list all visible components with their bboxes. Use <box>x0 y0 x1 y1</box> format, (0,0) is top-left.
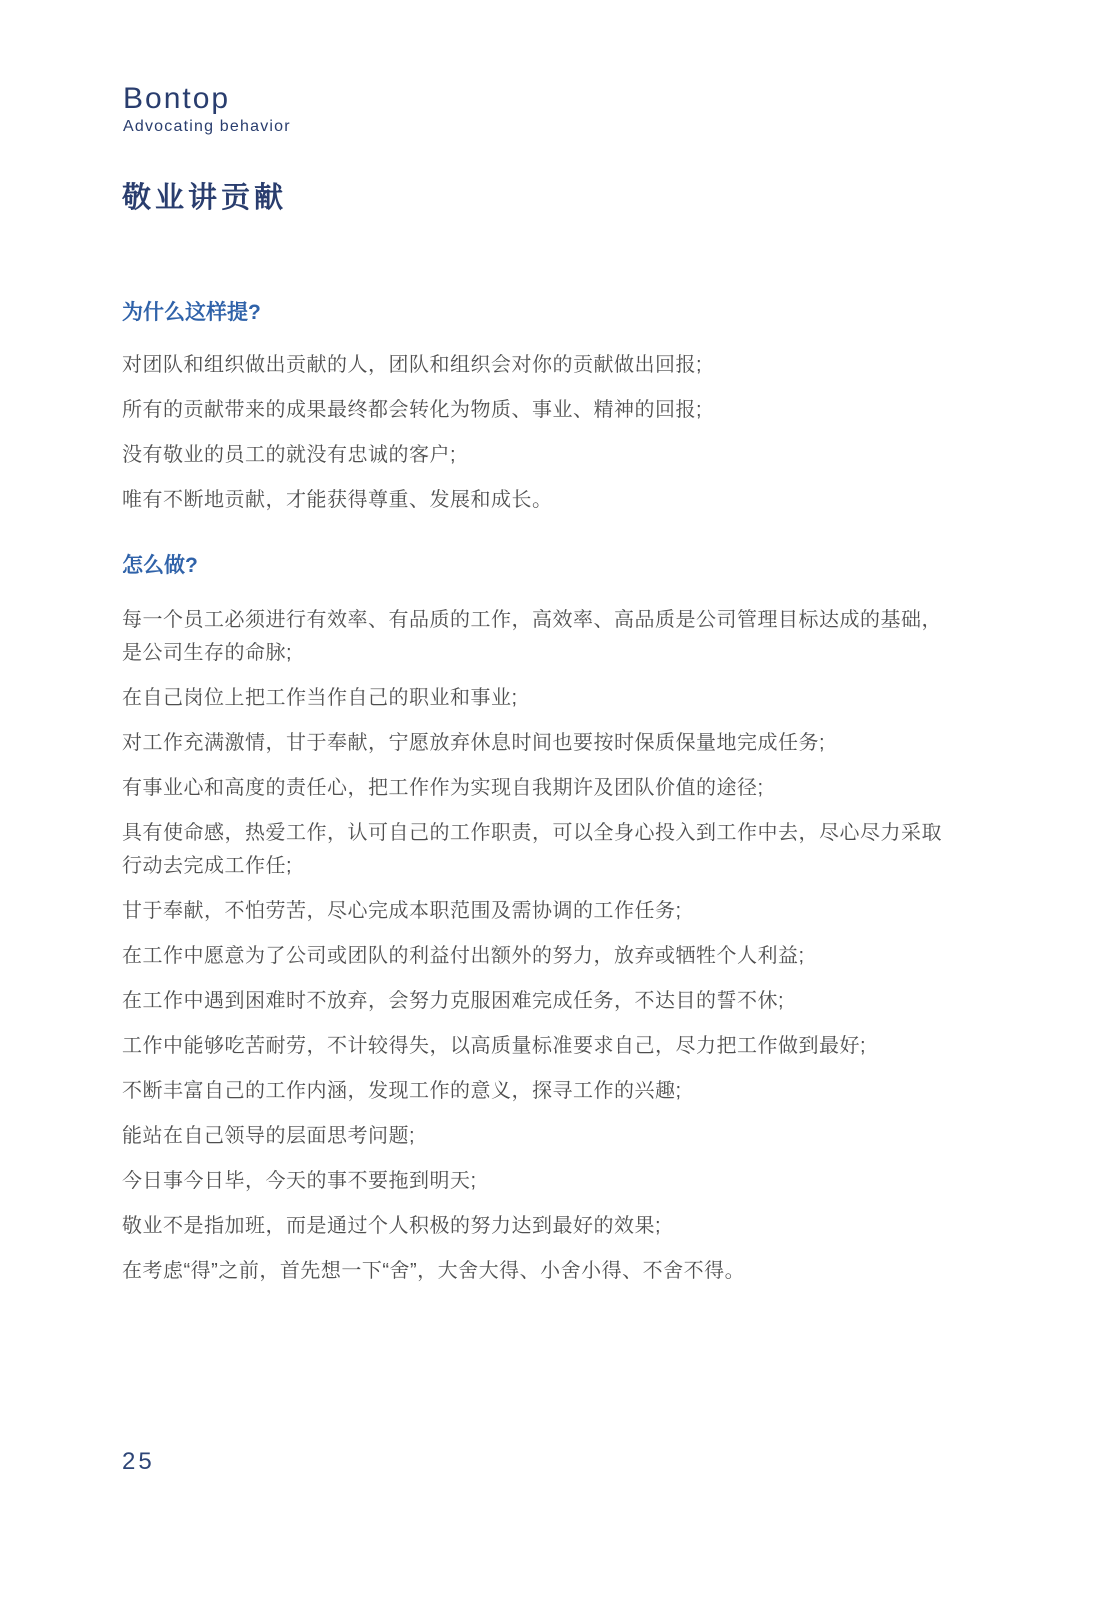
content-area: 为什么这样提? 对团队和组织做出贡献的人，团队和组织会对你的贡献做出回报; 所有… <box>122 300 944 1300</box>
paragraph: 不断丰富自己的工作内涵，发现工作的意义，探寻工作的兴趣; <box>122 1075 944 1108</box>
paragraph: 敬业不是指加班，而是通过个人积极的努力达到最好的效果; <box>122 1210 944 1243</box>
section-why: 为什么这样提? 对团队和组织做出贡献的人，团队和组织会对你的贡献做出回报; 所有… <box>122 300 944 517</box>
document-page: Bontop Advocating behavior 敬业讲贡献 为什么这样提?… <box>0 0 1093 1600</box>
section-how: 怎么做? 每一个员工必须进行有效率、有品质的工作，高效率、高品质是公司管理目标达… <box>122 553 944 1288</box>
paragraph: 在自己岗位上把工作当作自己的职业和事业; <box>122 682 944 715</box>
brand-block: Bontop Advocating behavior <box>123 82 291 136</box>
paragraph: 对工作充满激情，甘于奉献，宁愿放弃休息时间也要按时保质保量地完成任务; <box>122 727 944 760</box>
paragraph: 能站在自己领导的层面思考问题; <box>122 1120 944 1153</box>
paragraph: 今日事今日毕，今天的事不要拖到明天; <box>122 1165 944 1198</box>
paragraph: 工作中能够吃苦耐劳，不计较得失，以高质量标准要求自己，尽力把工作做到最好; <box>122 1030 944 1063</box>
paragraph: 每一个员工必须进行有效率、有品质的工作，高效率、高品质是公司管理目标达成的基础，… <box>122 604 944 670</box>
brand-logo: Bontop <box>123 82 291 115</box>
section-heading-how: 怎么做? <box>122 553 944 578</box>
paragraph: 对团队和组织做出贡献的人，团队和组织会对你的贡献做出回报; <box>122 349 944 382</box>
paragraph: 唯有不断地贡献，才能获得尊重、发展和成长。 <box>122 484 944 517</box>
paragraph: 具有使命感，热爱工作，认可自己的工作职责，可以全身心投入到工作中去，尽心尽力采取… <box>122 817 944 883</box>
paragraph: 所有的贡献带来的成果最终都会转化为物质、事业、精神的回报; <box>122 394 944 427</box>
section-heading-why: 为什么这样提? <box>122 300 944 325</box>
paragraph: 甘于奉献，不怕劳苦，尽心完成本职范围及需协调的工作任务; <box>122 895 944 928</box>
page-title: 敬业讲贡献 <box>122 182 287 215</box>
paragraph: 在考虑“得”之前，首先想一下“舍”，大舍大得、小舍小得、不舍不得。 <box>122 1255 944 1288</box>
paragraph: 在工作中愿意为了公司或团队的利益付出额外的努力，放弃或牺牲个人利益; <box>122 940 944 973</box>
page-number: 25 <box>122 1448 155 1476</box>
paragraph: 没有敬业的员工的就没有忠诚的客户; <box>122 439 944 472</box>
paragraph: 有事业心和高度的责任心，把工作作为实现自我期许及团队价值的途径; <box>122 772 944 805</box>
brand-tagline: Advocating behavior <box>123 118 291 136</box>
paragraph: 在工作中遇到困难时不放弃，会努力克服困难完成任务，不达目的誓不休; <box>122 985 944 1018</box>
